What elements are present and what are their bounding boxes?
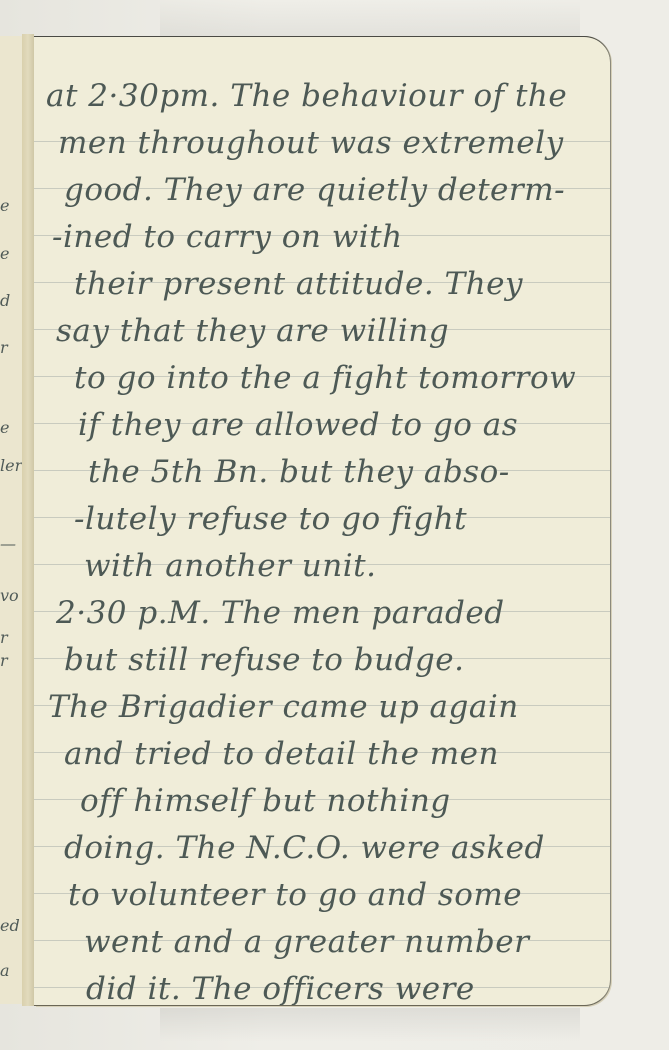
handwritten-line: with another unit. [84,551,376,582]
handwritten-line: if they are allowed to go as [78,410,518,441]
previous-page-text-fragment: ler [0,456,22,475]
handwritten-line: went and a greater number [84,927,529,958]
handwritten-line: doing. The N.C.O. were asked [64,833,545,864]
page-shadow-top [160,0,580,36]
notebook-gutter [22,34,34,1006]
handwritten-text: at 2·30pm. The behaviour of themen throu… [34,37,610,1005]
page-shadow-bottom [160,1008,580,1042]
handwritten-line: -ined to carry on with [52,222,403,253]
handwritten-line: off himself but nothing [80,786,451,817]
handwritten-line: did it. The officers were [86,974,475,1005]
handwritten-line: men throughout was extremely [58,128,564,159]
previous-page-text-fragment: r [0,628,8,647]
handwritten-line: 2·30 p.M. The men paraded [56,598,505,629]
previous-page-text-fragment: d [0,291,10,310]
handwritten-line: The Brigadier came up again [48,692,519,723]
handwritten-line: to volunteer to go and some [68,880,522,911]
handwritten-line: to go into the a fight tomorrow [74,363,576,394]
handwritten-line: at 2·30pm. The behaviour of the [46,81,567,112]
previous-page-edge: eedreler—vorreda [0,36,23,1004]
previous-page-text-fragment: e [0,196,9,215]
previous-page-text-fragment: e [0,418,9,437]
handwritten-line: good. They are quietly determ- [64,175,565,206]
previous-page-text-fragment: — [0,534,16,553]
previous-page-text-fragment: r [0,338,8,357]
previous-page-text-fragment: r [0,651,8,670]
handwritten-line: the 5th Bn. but they abso- [88,457,510,488]
previous-page-text-fragment: a [0,961,10,980]
previous-page-text-fragment: vo [0,586,19,605]
handwritten-line: their present attitude. They [74,269,523,300]
handwritten-line: -lutely refuse to go fight [74,504,467,535]
handwritten-line: and tried to detail the men [64,739,499,770]
handwritten-line: say that they are willing [56,316,449,347]
handwritten-line: but still refuse to budge. [64,645,464,676]
previous-page-text-fragment: e [0,244,9,263]
notebook-page: at 2·30pm. The behaviour of themen throu… [34,36,610,1006]
previous-page-text-fragment: ed [0,916,20,935]
